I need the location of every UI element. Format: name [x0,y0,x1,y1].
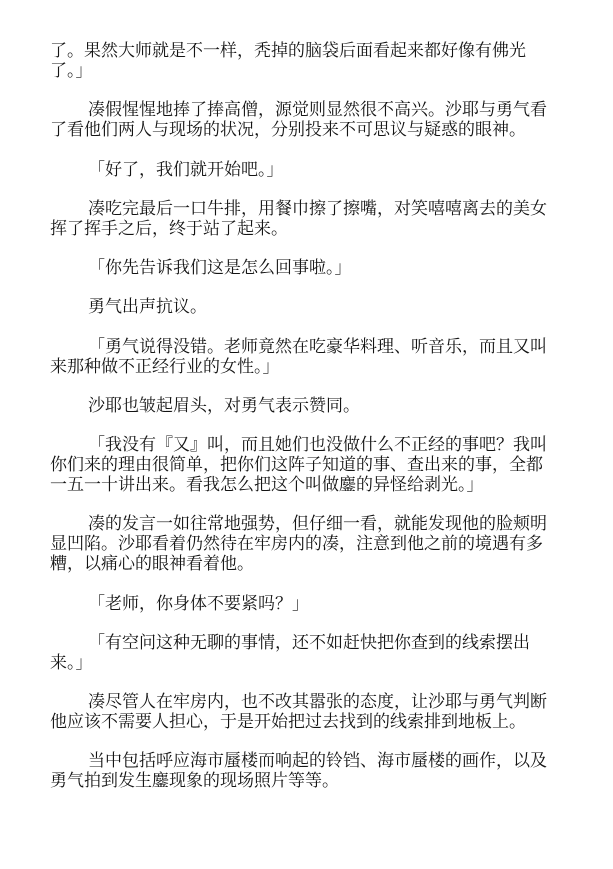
text-line: 当中包括呼应海市蜃楼而响起的铃铛、海市蜃楼的画作，以及 [50,751,613,771]
text-line: 「我没有『又』叫，而且她们也没做什么不正经的事吧？我叫 [50,435,613,455]
dialogue-paragraph: 「有空问这种无聊的事情，还不如赶快把你查到的线索摆出 来。」 [50,633,613,673]
text-line: 勇气出声抗议。 [50,297,613,317]
text-line: 糟，以痛心的眼神看着他。 [50,554,613,574]
paragraph: 勇气出声抗议。 [50,297,613,317]
text-line: 勇气拍到发生鏖现象的现场照片等等。 [50,771,613,791]
text-line: 凑尽管人在牢房内，也不改其嚣张的态度，让沙耶与勇气判断 [50,692,613,712]
text-line: 凑吃完最后一口牛排，用餐巾擦了擦嘴，对笑嘻嘻离去的美女 [50,199,613,219]
text-line: 一五一十讲出来。看我怎么把这个叫做鏖的异怪给剥光。」 [50,475,613,495]
paragraph: 沙耶也皱起眉头，对勇气表示赞同。 [50,396,613,416]
paragraph: 凑尽管人在牢房内，也不改其嚣张的态度，让沙耶与勇气判断 他应该不需要人担心，于是… [50,692,613,732]
paragraph: 凑吃完最后一口牛排，用餐巾擦了擦嘴，对笑嘻嘻离去的美女 挥了挥手之后，终于站了起… [50,199,613,239]
text-line: 「有空问这种无聊的事情，还不如赶快把你查到的线索摆出 [50,633,613,653]
text-line: 沙耶也皱起眉头，对勇气表示赞同。 [50,396,613,416]
text-line: 凑的发言一如往常地强势，但仔细一看，就能发现他的脸颊明 [50,514,613,534]
text-line: 来那种做不正经行业的女性。」 [50,357,613,377]
paragraph-continued: 了。果然大师就是不一样，秃掉的脑袋后面看起来都好像有佛光 了。」 [50,41,613,81]
text-line: 挥了挥手之后，终于站了起来。 [50,219,613,239]
text-line: 显凹陷。沙耶看着仍然待在牢房内的凑，注意到他之前的境遇有多 [50,534,613,554]
text-line: 来。」 [50,653,613,673]
text-line: 你们来的理由很简单，把你们这阵子知道的事、查出来的事，全都 [50,455,613,475]
dialogue-paragraph: 「我没有『又』叫，而且她们也没做什么不正经的事吧？我叫 你们来的理由很简单，把你… [50,435,613,495]
paragraph: 当中包括呼应海市蜃楼而响起的铃铛、海市蜃楼的画作，以及 勇气拍到发生鏖现象的现场… [50,751,613,791]
paragraph: 凑的发言一如往常地强势，但仔细一看，就能发现他的脸颊明 显凹陷。沙耶看着仍然待在… [50,514,613,574]
dialogue-paragraph: 「好了，我们就开始吧。」 [50,160,613,180]
paragraph: 凑假惺惺地捧了捧高僧，源觉则显然很不高兴。沙耶与勇气看 了看他们两人与现场的状况… [50,100,613,140]
text-line: 他应该不需要人担心，于是开始把过去找到的线索排到地板上。 [50,712,613,732]
text-line: 了。」 [50,61,613,81]
text-line: 凑假惺惺地捧了捧高僧，源觉则显然很不高兴。沙耶与勇气看 [50,100,613,120]
text-line: 「老师，你身体不要紧吗？」 [50,594,613,614]
text-line: 了。果然大师就是不一样，秃掉的脑袋后面看起来都好像有佛光 [50,41,613,61]
text-line: 「好了，我们就开始吧。」 [50,160,613,180]
dialogue-paragraph: 「你先告诉我们这是怎么回事啦。」 [50,258,613,278]
text-line: 了看他们两人与现场的状况，分别投来不可思议与疑惑的眼神。 [50,120,613,140]
dialogue-paragraph: 「勇气说得没错。老师竟然在吃豪华料理、听音乐，而且又叫 来那种做不正经行业的女性… [50,337,613,377]
text-line: 「你先告诉我们这是怎么回事啦。」 [50,258,613,278]
text-line: 「勇气说得没错。老师竟然在吃豪华料理、听音乐，而且又叫 [50,337,613,357]
dialogue-paragraph: 「老师，你身体不要紧吗？」 [50,594,613,614]
document-page: 了。果然大师就是不一样，秃掉的脑袋后面看起来都好像有佛光 了。」 凑假惺惺地捧了… [0,0,613,869]
